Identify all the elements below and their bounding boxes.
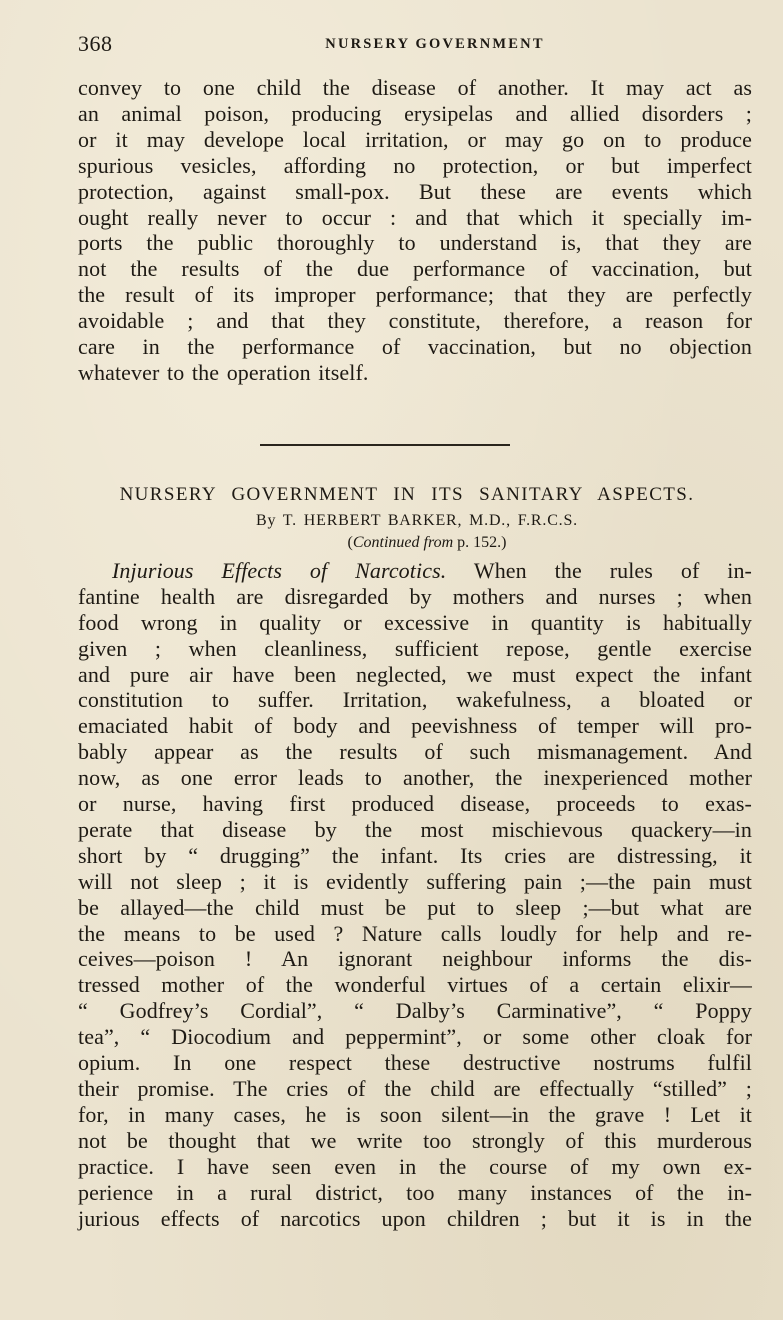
text-line: given ; when cleanliness, sufficient rep… [78,636,752,662]
continued-rest: p. 152.) [453,534,506,551]
text-line: an animal poison, producing erysipelas a… [78,101,752,127]
text-line: perience in a rural district, too many i… [78,1180,752,1206]
text-line: the means to be used ? Nature calls loud… [78,921,752,947]
section-divider [260,444,510,446]
text-line: convey to one child the disease of anoth… [78,75,752,101]
text-line: whatever to the operation itself. [78,360,752,386]
text-line: jurious effects of narcotics upon childr… [78,1206,752,1232]
text-line: now, as one error leads to another, the … [78,765,752,791]
text-line: tea”, “ Diocodium and peppermint”, or so… [78,1024,752,1050]
text-line: tressed mother of the wonderful virtues … [78,972,752,998]
text-line: or it may develope local irritation, or … [78,127,752,153]
text-line: avoidable ; and that they constitute, th… [78,308,752,334]
text-line: protection, against small-pox. But these… [78,179,752,205]
text-line: emaciated habit of body and peevishness … [78,713,752,739]
article-paragraph: Injurious Effects of Narcotics. When the… [78,558,752,1232]
article-title: NURSERY GOVERNMENT IN ITS SANITARY ASPEC… [70,484,744,506]
text-line: fantine health are disregarded by mother… [78,584,752,610]
continued-italic: Continued from [353,534,453,551]
text-line: ports the public thoroughly to understan… [78,230,752,256]
text-line: ought really never to occur : and that w… [78,205,752,231]
text-fragment: When the rules of in- [446,558,752,583]
text-line: bably appear as the results of such mism… [78,739,752,765]
text-line: be allayed—the child must be put to slee… [78,895,752,921]
text-line: constitution to suffer. Irritation, wake… [78,687,752,713]
text-line: spurious vesicles, affording no protecti… [78,153,752,179]
text-line: perate that disease by the most mischiev… [78,817,752,843]
text-line: opium. In one respect these destructive … [78,1050,752,1076]
section-heading: Injurious Effects of Narcotics. [112,558,446,583]
continued-note: (Continued from p. 152.) [90,534,764,552]
text-line-with-heading: Injurious Effects of Narcotics. When the… [78,558,752,584]
text-line: food wrong in quality or excessive in qu… [78,610,752,636]
text-line: practice. I have seen even in the course… [78,1154,752,1180]
text-line: not be thought that we write too strongl… [78,1128,752,1154]
running-head: 368 NURSERY GOVERNMENT [78,28,752,62]
text-line: will not sleep ; it is evidently sufferi… [78,869,752,895]
text-line: not the results of the due performance o… [78,256,752,282]
text-line: care in the performance of vaccination, … [78,334,752,360]
article-byline: By T. HERBERT BARKER, M.D., F.R.C.S. [80,512,754,530]
preceding-paragraph: convey to one child the disease of anoth… [78,75,752,386]
text-line: and pure air have been neglected, we mus… [78,662,752,688]
text-line: their promise. The cries of the child ar… [78,1076,752,1102]
text-line: “ Godfrey’s Cordial”, “ Dalby’s Carminat… [78,998,752,1024]
text-line: short by “ drugging” the infant. Its cri… [78,843,752,869]
text-line: the result of its improper performance; … [78,282,752,308]
running-title: NURSERY GOVERNMENT [78,36,752,53]
text-line: ceives—poison ! An ignorant neighbour in… [78,946,752,972]
text-line: for, in many cases, he is soon silent—in… [78,1102,752,1128]
text-line: or nurse, having first produced disease,… [78,791,752,817]
book-page: 368 NURSERY GOVERNMENT convey to one chi… [78,28,752,1231]
